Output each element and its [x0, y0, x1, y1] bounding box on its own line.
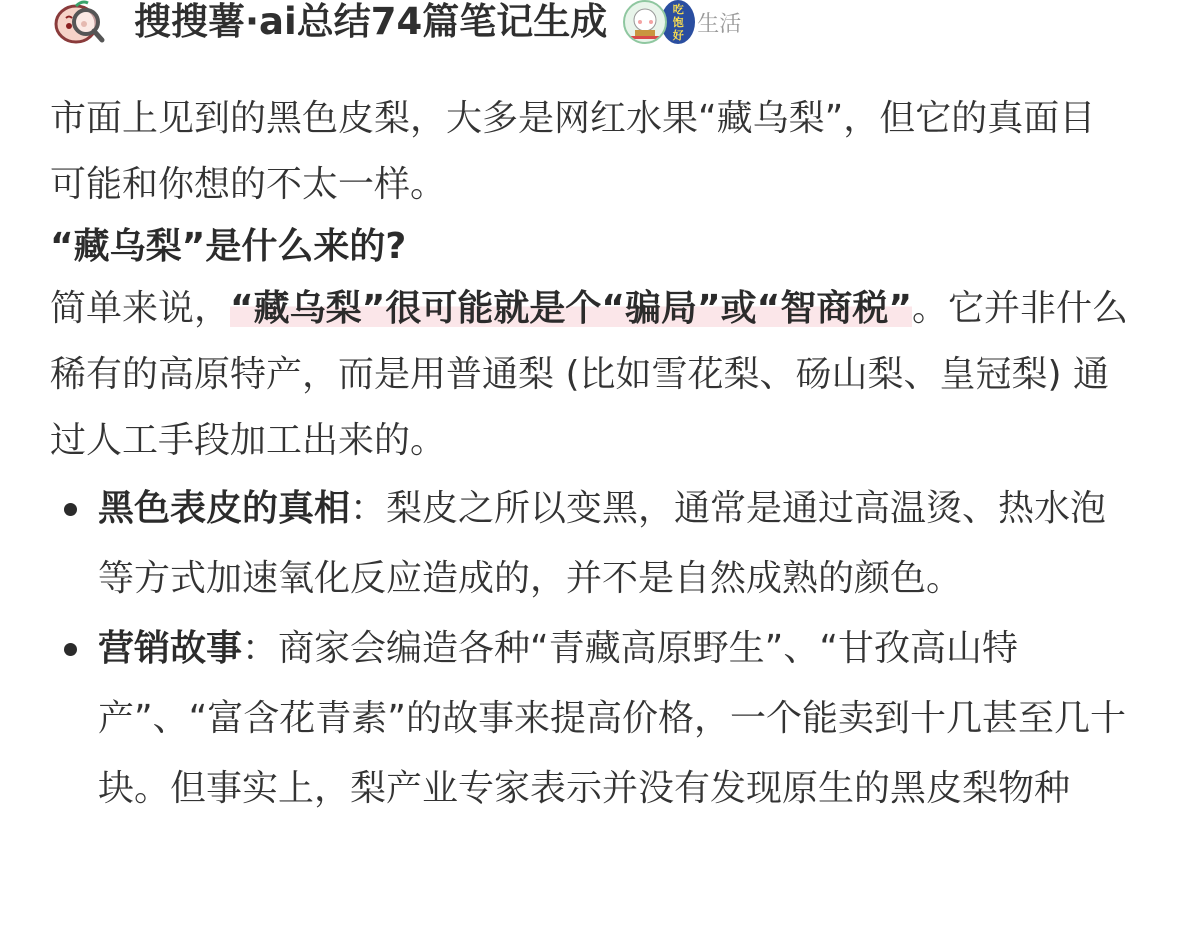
summary-content: 市面上见到的黑色皮梨，大多是网红水果“藏乌梨”，但它的真面目可能和你想的不太一样… [50, 86, 1130, 824]
list-item: 黑色表皮的真相：梨皮之所以变黑，通常是通过高温烫、热水泡等方式加速氧化反应造成的… [50, 474, 1130, 614]
bullet-title: 黑色表皮的真相 [98, 488, 350, 529]
bullet-title: 营销故事 [98, 628, 242, 669]
highlighted-text: “藏乌梨”很可能就是个“骗局”或“智商税” [230, 288, 912, 329]
section-heading: “藏乌梨”是什么来的? [50, 218, 1130, 276]
bullet-icon [64, 503, 77, 516]
badge-char: 吃 [673, 3, 684, 16]
page-header: 搜搜薯·ai总结74篇笔记生成 吃 饱 好 生活 [52, 0, 741, 44]
summary-paragraph: 简单来说，“藏乌梨”很可能就是个“骗局”或“智商税”。它并非什么稀有的高原特产，… [50, 276, 1130, 474]
magnifier-peach-icon [52, 0, 122, 44]
list-item: 营销故事：商家会编造各种“青藏高原野生”、“甘孜高山特产”、“富含花青素”的故事… [50, 614, 1130, 824]
bullet-separator: ： [350, 488, 386, 529]
badge-char: 饱 [673, 16, 684, 29]
badge-char: 好 [673, 29, 684, 42]
bullet-list: 黑色表皮的真相：梨皮之所以变黑，通常是通过高温烫、热水泡等方式加速氧化反应造成的… [50, 474, 1130, 824]
page-title: 搜搜薯·ai总结74篇笔记生成 [134, 0, 607, 44]
bullet-icon [64, 643, 77, 656]
cat-avatar-icon [623, 0, 667, 44]
intro-paragraph: 市面上见到的黑色皮梨，大多是网红水果“藏乌梨”，但它的真面目可能和你想的不太一样… [50, 86, 1130, 218]
badge-label: 生活 [697, 7, 741, 38]
bullet-separator: ： [242, 628, 278, 669]
summary-prefix: 简单来说， [50, 288, 230, 329]
profile-badge[interactable]: 吃 饱 好 生活 [623, 0, 741, 44]
